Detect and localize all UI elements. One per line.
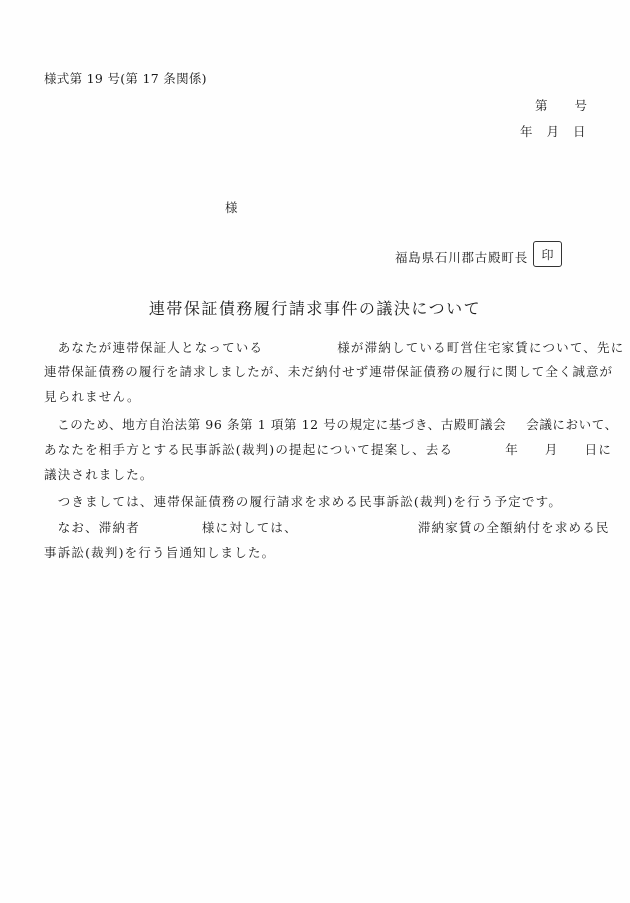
text-segment: あなたが連帯保証人となっている	[44, 340, 263, 355]
paragraph-4-line-1: なお、滞納者様に対しては、滞納家賃の全額納付を求める民	[44, 518, 610, 536]
text-segment: 様が滞納している町営住宅家賃について、先に	[337, 340, 624, 355]
paragraph-1-line-3: 見られません。	[44, 387, 141, 405]
doc-number-suffix: 号	[575, 98, 588, 113]
paragraph-1-line-2: 連帯保証債務の履行を請求しましたが、未だ納付せず連帯保証債務の履行に関して全く誠…	[44, 362, 613, 380]
paragraph-2-line-3: 議決されました。	[44, 465, 154, 483]
text-segment: 滞納家賃の全額納付を求める民	[418, 520, 610, 535]
text-segment: 様に対しては、	[202, 520, 298, 535]
paragraph-2-line-1: このため、地方自治法第 96 条第 1 項第 12 号の規定に基づき、古殿町議会…	[44, 415, 618, 433]
text-segment: なお、滞納者	[44, 520, 140, 535]
text-segment: あなたを相手方とする民事訴訟(裁判)の提起について提案し、去る	[44, 442, 453, 457]
text-segment: 会議において、	[526, 417, 617, 432]
date-month: 月	[547, 124, 560, 139]
document-date: 年月日	[520, 122, 586, 140]
date-day: 日	[573, 124, 586, 139]
document-title: 連帯保証債務履行請求事件の議決について	[0, 296, 630, 319]
form-number: 様式第 19 号(第 17 条関係)	[44, 69, 207, 87]
paragraph-3-line-1: つきましては、連帯保証債務の履行請求を求める民事訴訟(裁判)を行う予定です。	[44, 492, 562, 510]
seal-label: 印	[541, 246, 553, 263]
doc-number-prefix: 第	[535, 98, 548, 113]
text-segment: 年	[505, 442, 519, 457]
paragraph-2-line-2: あなたを相手方とする民事訴訟(裁判)の提起について提案し、去る年月日に	[44, 440, 612, 458]
date-year: 年	[520, 124, 533, 139]
recipient-honorific: 様	[225, 198, 238, 216]
sender-name: 福島県石川郡古殿町長	[395, 248, 528, 266]
seal-stamp-box: 印	[533, 241, 562, 267]
text-segment: 月	[545, 442, 559, 457]
document-number: 第号	[535, 96, 587, 114]
text-segment: このため、地方自治法第 96 条第 1 項第 12 号の規定に基づき、古殿町議会	[44, 417, 506, 432]
text-segment: 日に	[585, 442, 612, 457]
paragraph-1-line-1: あなたが連帯保証人となっている様が滞納している町営住宅家賃について、先に	[44, 338, 624, 356]
paragraph-4-line-2: 事訴訟(裁判)を行う旨通知しました。	[44, 543, 275, 561]
